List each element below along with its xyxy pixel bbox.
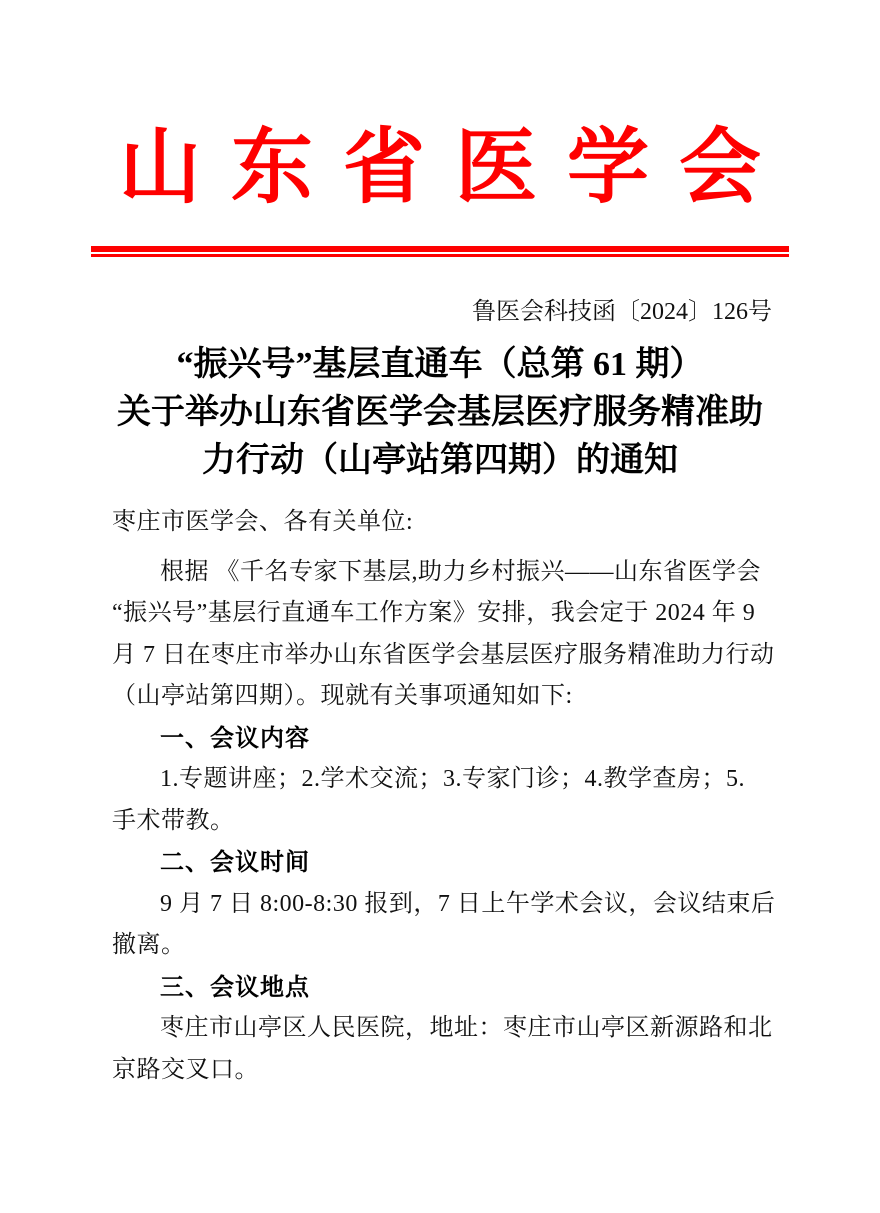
body-line: 京路交叉口。 — [112, 1050, 812, 1092]
section-heading-1: 一、会议内容 — [112, 718, 812, 760]
body-line: “振兴号”基层行直通车工作方案》安排，我会定于 2024 年 9 — [112, 593, 812, 635]
body-line: （山亭站第四期）。现就有关事项通知如下: — [112, 676, 812, 718]
notice-body: 枣庄市医学会、各有关单位: 根据 《千名专家下基层,助力乡村振兴——山东省医学会… — [112, 502, 812, 1091]
section-heading-2: 二、会议时间 — [112, 842, 812, 884]
body-line: 根据 《千名专家下基层,助力乡村振兴——山东省医学会 — [112, 552, 812, 594]
notice-title-line-2: 关于举办山东省医学会基层医疗服务精准助 — [0, 389, 880, 437]
body-line: 1.专题讲座；2.学术交流；3.专家门诊；4.教学查房；5. — [112, 759, 812, 801]
body-line: 撤离。 — [112, 925, 812, 967]
notice-title-line-1: “振兴号”基层直通车（总第 61 期） — [0, 341, 880, 389]
document-reference-number: 鲁医会科技函〔2024〕126号 — [112, 297, 772, 327]
notice-title: “振兴号”基层直通车（总第 61 期） 关于举办山东省医学会基层医疗服务精准助 … — [0, 341, 880, 485]
body-line: 手术带教。 — [112, 801, 812, 843]
notice-title-line-3: 力行动（山亭站第四期）的通知 — [0, 437, 880, 485]
body-line: 9 月 7 日 8:00-8:30 报到，7 日上午学术会议，会议结束后 — [112, 884, 812, 926]
body-line: 月 7 日在枣庄市举办山东省医学会基层医疗服务精准助力行动 — [112, 635, 812, 677]
notice-document-page: 山东省医学会 鲁医会科技函〔2024〕126号 “振兴号”基层直通车（总第 61… — [0, 0, 880, 1213]
salutation: 枣庄市医学会、各有关单位: — [112, 502, 812, 544]
body-line: 枣庄市山亭区人民医院，地址：枣庄市山亭区新源路和北 — [112, 1008, 812, 1050]
header-divider-rule — [91, 246, 789, 257]
divider-thin-bar — [91, 254, 789, 257]
section-heading-3: 三、会议地点 — [112, 967, 812, 1009]
org-name-header: 山东省医学会 — [0, 0, 880, 220]
